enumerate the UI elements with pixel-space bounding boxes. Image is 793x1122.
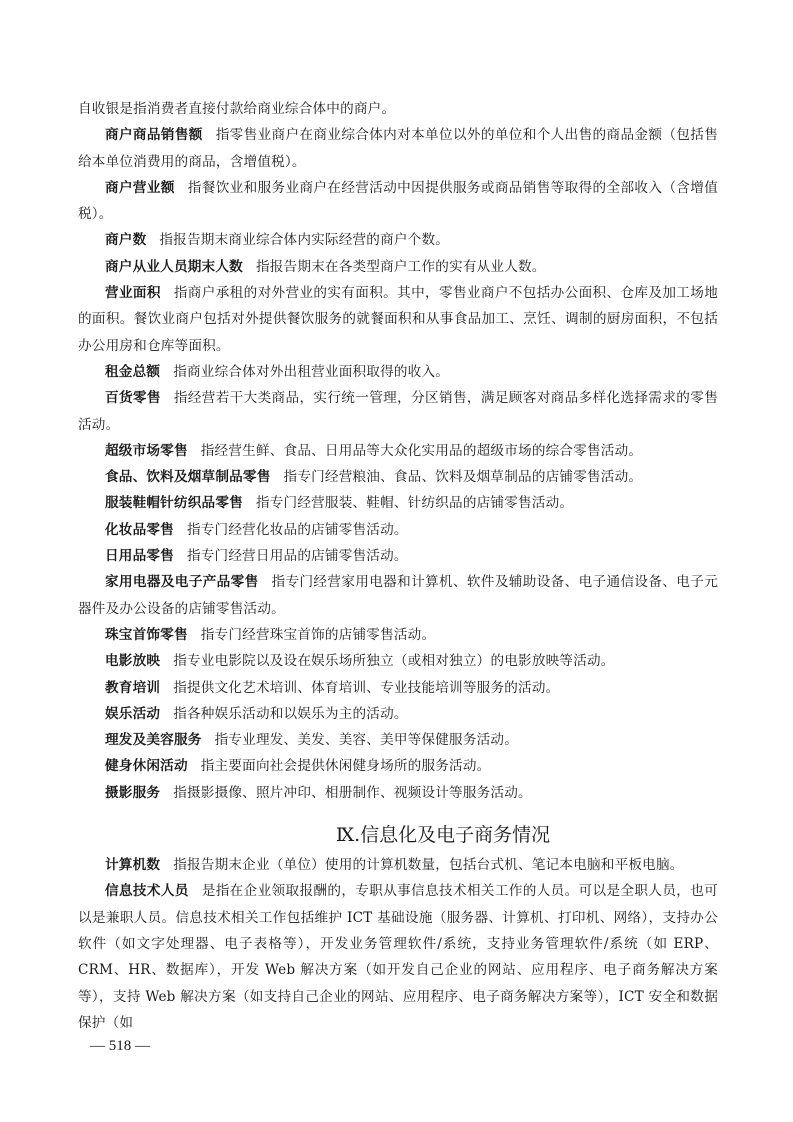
definition-text: 自收银是指消费者直接付款给商业综合体中的商户。 <box>78 101 395 117</box>
definition-paragraph: 食品、饮料及烟草制品零售指专门经营粮油、食品、饮料及烟草制品的店铺零售活动。 <box>78 464 718 490</box>
page-number: — 518 — <box>90 1038 150 1055</box>
definition-text: 指报告期末商业综合体内实际经营的商户个数。 <box>159 232 449 248</box>
definition-term: 娱乐活动 <box>105 706 160 722</box>
definition-paragraph: 商户营业额指餐饮业和服务业商户在经营活动中因提供服务或商品销售等取得的全部收入（… <box>78 175 718 228</box>
definition-paragraph: 超级市场零售指经营生鲜、食品、日用品等大众化实用品的超级市场的综合零售活动。 <box>78 438 718 464</box>
definitions-list-bottom: 计算机数指报告期末企业（单位）使用的计算机数量，包括台式机、笔记本电脑和平板电脑… <box>78 852 718 1036</box>
definition-text: 指各种娱乐活动和以娱乐为主的活动。 <box>173 706 408 722</box>
definition-term: 摄影服务 <box>105 785 160 801</box>
definition-term: 商户数 <box>105 232 146 248</box>
definition-paragraph: 电影放映指专业电影院以及设在娱乐场所独立（或相对独立）的电影放映等活动。 <box>78 648 718 674</box>
definition-paragraph: 健身休闲活动指主要面向社会提供休闲健身场所的服务活动。 <box>78 753 718 779</box>
definition-term: 化妆品零售 <box>105 522 174 538</box>
definition-text: 指提供文化艺术培训、体育培训、专业技能培训等服务的活动。 <box>173 680 559 696</box>
definition-paragraph: 珠宝首饰零售指专门经营珠宝首饰的店铺零售活动。 <box>78 622 718 648</box>
definition-text: 指主要面向社会提供休闲健身场所的服务活动。 <box>201 758 491 774</box>
definition-term: 百货零售 <box>105 390 161 406</box>
definition-paragraph: 商户商品销售额指零售业商户在商业综合体内对本单位以外的单位和个人出售的商品金额（… <box>78 122 718 175</box>
section-title: Ⅸ.信息化及电子商务情况 <box>78 820 718 850</box>
definition-term: 电影放映 <box>105 653 160 669</box>
definition-term: 珠宝首饰零售 <box>105 627 188 643</box>
definition-paragraph: 商户数指报告期末商业综合体内实际经营的商户个数。 <box>78 227 718 253</box>
definition-text: 是指在企业领取报酬的，专职从事信息技术相关工作的人员。可以是全职人员，也可以是兼… <box>78 883 718 1030</box>
definitions-list-top: 自收银是指消费者直接付款给商业综合体中的商户。商户商品销售额指零售业商户在商业综… <box>78 96 718 806</box>
definition-text: 指专门经营粮油、食品、饮料及烟草制品的店铺零售活动。 <box>284 469 643 485</box>
definition-text: 指经营若干大类商品，实行统一管理，分区销售，满足顾客对商品多样化选择需求的零售活… <box>78 390 718 432</box>
definition-term: 家用电器及电子产品零售 <box>105 574 259 590</box>
definition-term: 营业面积 <box>105 285 161 301</box>
definition-text: 指商户承租的对外营业的实有面积。其中，零售业商户不包括办公面积、仓库及加工场地的… <box>78 285 718 354</box>
definition-text: 指专门经营日用品的店铺零售活动。 <box>187 548 408 564</box>
definition-paragraph: 百货零售指经营若干大类商品，实行统一管理，分区销售，满足顾客对商品多样化选择需求… <box>78 385 718 438</box>
definition-paragraph: 服装鞋帽针纺织品零售指专门经营服装、鞋帽、针纺织品的店铺零售活动。 <box>78 490 718 516</box>
definition-term: 租金总额 <box>105 364 160 380</box>
definition-text: 指专业理发、美发、美容、美甲等保健服务活动。 <box>215 732 518 748</box>
definition-paragraph: 信息技术人员是指在企业领取报酬的，专职从事信息技术相关工作的人员。可以是全职人员… <box>78 878 718 1036</box>
definition-term: 食品、饮料及烟草制品零售 <box>105 469 271 485</box>
definition-term: 服装鞋帽针纺织品零售 <box>105 495 243 511</box>
definition-term: 计算机数 <box>105 857 160 873</box>
definition-term: 商户营业额 <box>105 180 175 196</box>
definition-term: 教育培训 <box>105 680 160 696</box>
definition-text: 指专业电影院以及设在娱乐场所独立（或相对独立）的电影放映等活动。 <box>173 653 614 669</box>
definition-text: 指报告期末企业（单位）使用的计算机数量，包括台式机、笔记本电脑和平板电脑。 <box>173 857 683 873</box>
definition-term: 商户从业人员期末人数 <box>105 259 243 275</box>
definition-text: 指专门经营珠宝首饰的店铺零售活动。 <box>201 627 436 643</box>
definition-term: 健身休闲活动 <box>105 758 188 774</box>
definition-paragraph: 营业面积指商户承租的对外营业的实有面积。其中，零售业商户不包括办公面积、仓库及加… <box>78 280 718 359</box>
definition-paragraph: 租金总额指商业综合体对外出租营业面积取得的收入。 <box>78 359 718 385</box>
definition-text: 指报告期末在各类型商户工作的实有从业人数。 <box>256 259 546 275</box>
document-page: 自收银是指消费者直接付款给商业综合体中的商户。商户商品销售额指零售业商户在商业综… <box>78 96 718 1036</box>
definition-paragraph: 日用品零售指专门经营日用品的店铺零售活动。 <box>78 543 718 569</box>
definition-text: 指专门经营服装、鞋帽、针纺织品的店铺零售活动。 <box>256 495 573 511</box>
definition-paragraph: 娱乐活动指各种娱乐活动和以娱乐为主的活动。 <box>78 701 718 727</box>
definition-term: 日用品零售 <box>105 548 174 564</box>
definition-text: 指经营生鲜、食品、日用品等大众化实用品的超级市场的综合零售活动。 <box>201 443 642 459</box>
definition-paragraph: 理发及美容服务指专业理发、美发、美容、美甲等保健服务活动。 <box>78 727 718 753</box>
definition-paragraph: 化妆品零售指专门经营化妆品的店铺零售活动。 <box>78 517 718 543</box>
definition-term: 超级市场零售 <box>105 443 188 459</box>
definition-term: 商户商品销售额 <box>105 127 203 143</box>
definition-text: 指摄影摄像、照片冲印、相册制作、视频设计等服务活动。 <box>173 785 532 801</box>
definition-paragraph: 商户从业人员期末人数指报告期末在各类型商户工作的实有从业人数。 <box>78 254 718 280</box>
definition-paragraph: 摄影服务指摄影摄像、照片冲印、相册制作、视频设计等服务活动。 <box>78 780 718 806</box>
definition-term: 信息技术人员 <box>105 883 189 899</box>
definition-paragraph: 自收银是指消费者直接付款给商业综合体中的商户。 <box>78 96 718 122</box>
definition-paragraph: 教育培训指提供文化艺术培训、体育培训、专业技能培训等服务的活动。 <box>78 675 718 701</box>
definition-text: 指专门经营化妆品的店铺零售活动。 <box>187 522 408 538</box>
definition-text: 指商业综合体对外出租营业面积取得的收入。 <box>173 364 449 380</box>
definition-term: 理发及美容服务 <box>105 732 202 748</box>
definition-paragraph: 家用电器及电子产品零售指专门经营家用电器和计算机、软件及辅助设备、电子通信设备、… <box>78 569 718 622</box>
definition-paragraph: 计算机数指报告期末企业（单位）使用的计算机数量，包括台式机、笔记本电脑和平板电脑… <box>78 852 718 878</box>
